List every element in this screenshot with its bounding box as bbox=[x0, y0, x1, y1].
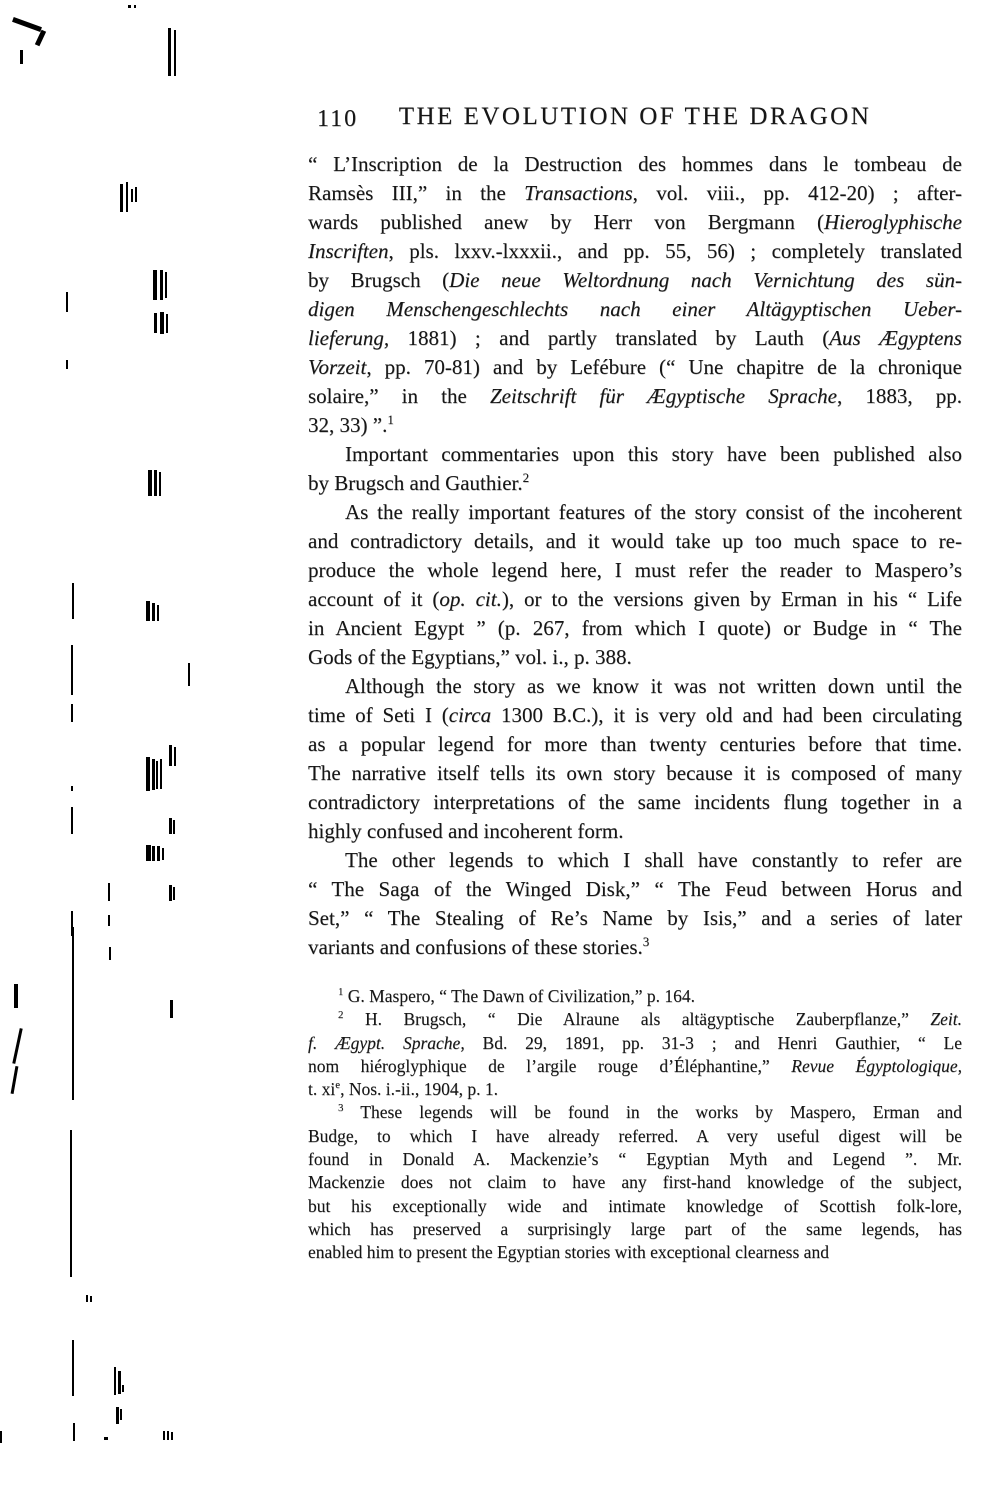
scan-noise-mark bbox=[71, 704, 73, 722]
text-segment: , Nos. i.-ii., 1904, p. 1. bbox=[340, 1079, 498, 1099]
scan-noise-mark bbox=[160, 312, 164, 334]
scan-noise-mark bbox=[72, 927, 74, 1005]
text-line: Inscriften, pls. lxxv.-lxxxii., and pp. … bbox=[308, 237, 962, 266]
text-line: 32, 33) ”.1 bbox=[308, 411, 962, 440]
scan-noise-mark bbox=[152, 603, 155, 621]
text-line: which has preserved a surprisingly large… bbox=[308, 1218, 962, 1241]
scan-noise-mark bbox=[126, 182, 128, 212]
text-line: produce the whole legend here, I must re… bbox=[308, 556, 962, 585]
text-line: nom hiéroglyphique de l’argile rouge d’É… bbox=[308, 1055, 962, 1078]
text-segment: enabled him to present the Egyptian stor… bbox=[308, 1242, 829, 1262]
scan-noise-mark bbox=[71, 807, 73, 834]
italic-segment: Inscriften bbox=[308, 239, 388, 263]
scan-noise-mark bbox=[160, 270, 163, 300]
scan-noise-mark bbox=[120, 184, 123, 212]
scanned-book-page: 110 THE EVOLUTION OF THE DRAGON “ L’Insc… bbox=[0, 0, 989, 1487]
scan-noise-mark bbox=[157, 846, 160, 861]
scan-noise-mark bbox=[72, 1005, 74, 1100]
text-segment: 32, 33) ”. bbox=[308, 413, 387, 437]
scan-noise-mark bbox=[0, 1431, 2, 1443]
scan-noise-mark bbox=[35, 30, 46, 47]
text-line: Important commentaries upon this story h… bbox=[308, 440, 962, 469]
scan-noise-mark bbox=[168, 28, 171, 76]
text-segment: found in Donald A. Mackenzie’s “ Egyptia… bbox=[308, 1149, 962, 1169]
text-segment: wards published anew by Herr von Bergman… bbox=[308, 210, 824, 234]
text-line: account of it (op. cit.), or to the vers… bbox=[308, 585, 962, 614]
text-segment: time of Seti I ( bbox=[308, 703, 449, 727]
scan-noise-mark bbox=[165, 272, 167, 298]
scan-noise-mark bbox=[108, 915, 110, 926]
scan-noise-mark bbox=[20, 50, 23, 64]
text-segment: t. xi bbox=[308, 1079, 335, 1099]
text-line: by Brugsch and Gauthier.2 bbox=[308, 469, 962, 498]
scan-noise-mark bbox=[90, 1296, 92, 1302]
paragraph: Although the story as we know it was not… bbox=[308, 672, 962, 846]
text-segment: nom hiéroglyphique de l’argile rouge d’É… bbox=[308, 1056, 791, 1076]
text-segment: These legends will be found in the works… bbox=[343, 1102, 962, 1122]
text-segment: as a popular legend for more than twenty… bbox=[308, 732, 962, 756]
text-line: f. Ægypt. Sprache, Bd. 29, 1891, pp. 31-… bbox=[308, 1032, 962, 1055]
scan-noise-mark bbox=[157, 605, 159, 621]
text-segment: Ramsès III,” in the bbox=[308, 181, 524, 205]
scan-noise-mark bbox=[11, 1066, 19, 1094]
text-segment: solaire,” in the bbox=[308, 384, 490, 408]
text-line: variants and confusions of these stories… bbox=[308, 933, 962, 962]
scan-noise-mark bbox=[70, 1130, 72, 1277]
text-segment: As the really important features of the … bbox=[345, 500, 962, 524]
text-line: 1 G. Maspero, “ The Dawn of Civilization… bbox=[308, 985, 962, 1008]
text-line: “ L’Inscription de la Destruction des ho… bbox=[308, 150, 962, 179]
italic-segment: Transactions bbox=[524, 181, 633, 205]
scan-noise-mark bbox=[146, 845, 151, 861]
text-line: found in Donald A. Mackenzie’s “ Egyptia… bbox=[308, 1148, 962, 1171]
text-line: enabled him to present the Egyptian stor… bbox=[308, 1241, 962, 1264]
text-line: wards published anew by Herr von Bergman… bbox=[308, 208, 962, 237]
scan-noise-mark bbox=[153, 270, 157, 300]
text-segment: H. Brugsch, “ Die Alraune als altägyptis… bbox=[343, 1009, 930, 1029]
text-segment: , vol. viii., pp. 412-20) ; after- bbox=[633, 181, 962, 205]
italic-segment: Revue Égyptologique, bbox=[791, 1056, 962, 1076]
text-segment: by Brugsch and Gauthier. bbox=[308, 471, 523, 495]
scan-noise-mark bbox=[114, 1367, 116, 1395]
scan-noise-mark bbox=[152, 846, 155, 861]
scan-noise-mark bbox=[146, 601, 150, 621]
scan-noise-mark bbox=[160, 759, 162, 789]
scan-noise-mark bbox=[73, 1423, 75, 1441]
text-line: “ The Saga of the Winged Disk,” “ The Fe… bbox=[308, 875, 962, 904]
scan-noise-mark bbox=[66, 360, 68, 369]
scan-noise-mark bbox=[156, 761, 158, 789]
paragraph: The other legends to which I shall have … bbox=[308, 846, 962, 962]
text-segment: “ The Saga of the Winged Disk,” “ The Fe… bbox=[308, 877, 962, 901]
scan-noise-mark bbox=[171, 1432, 173, 1440]
scan-noise-mark bbox=[135, 187, 137, 202]
text-segment: produce the whole legend here, I must re… bbox=[308, 558, 962, 582]
italic-segment: op. cit. bbox=[439, 587, 501, 611]
scan-noise-mark bbox=[120, 1409, 122, 1420]
scan-noise-mark bbox=[166, 314, 168, 333]
text-segment: highly confused and incoherent form. bbox=[308, 819, 624, 843]
text-line: Ramsès III,” in the Transactions, vol. v… bbox=[308, 179, 962, 208]
paragraph: Important commentaries upon this story h… bbox=[308, 440, 962, 498]
scan-noise-mark bbox=[169, 885, 172, 901]
italic-segment: lieferung, bbox=[308, 326, 389, 350]
scan-noise-mark bbox=[148, 470, 152, 496]
scan-noise-mark bbox=[174, 30, 176, 76]
text-segment: , pp. 70-81) and by Lefébure (“ Une chap… bbox=[366, 355, 962, 379]
italic-segment: f. Ægypt. Sprache, bbox=[308, 1033, 465, 1053]
italic-segment: Aus Ægyptens bbox=[829, 326, 962, 350]
scan-noise-mark bbox=[118, 1371, 121, 1394]
text-line: Gods of the Egyptians,” vol. i., p. 388. bbox=[308, 643, 962, 672]
scan-noise-mark bbox=[122, 1385, 124, 1392]
running-title: THE EVOLUTION OF THE DRAGON bbox=[308, 103, 962, 131]
text-line: t. xie, Nos. i.-ii., 1904, p. 1. bbox=[308, 1078, 962, 1101]
text-segment: Set,” “ The Stealing of Re’s Name by Isi… bbox=[308, 906, 962, 930]
paragraph: 2 H. Brugsch, “ Die Alraune als altägypt… bbox=[308, 1008, 962, 1101]
text-segment: account of it ( bbox=[308, 587, 439, 611]
text-segment: Important commentaries upon this story h… bbox=[345, 442, 962, 466]
italic-segment: Zeitschrift für Ægyptische Sprache bbox=[490, 384, 837, 408]
italic-segment: circa bbox=[449, 703, 491, 727]
scan-noise-mark bbox=[152, 759, 155, 790]
italic-segment: digen Menschengeschlechts nach einer Alt… bbox=[308, 297, 962, 321]
text-line: highly confused and incoherent form. bbox=[308, 817, 962, 846]
scan-noise-mark bbox=[86, 1295, 88, 1302]
italic-segment: Vorzeit bbox=[308, 355, 366, 379]
scan-noise-mark bbox=[134, 5, 136, 8]
scan-noise-mark bbox=[66, 292, 68, 312]
text-segment: G. Maspero, “ The Dawn of Civilization,”… bbox=[343, 986, 695, 1006]
text-segment: The other legends to which I shall have … bbox=[345, 848, 962, 872]
scan-noise-mark bbox=[169, 818, 172, 834]
scan-noise-mark bbox=[128, 5, 131, 8]
text-segment: and contradictory details, and it would … bbox=[308, 529, 962, 553]
scan-noise-mark bbox=[146, 757, 150, 791]
text-segment: 1300 B.C.), it is very old and had been … bbox=[491, 703, 962, 727]
text-segment: but his exceptionally wide and intimate … bbox=[308, 1196, 962, 1216]
text-line: lieferung, 1881) ; and partly translated… bbox=[308, 324, 962, 353]
text-segment: contradictory interpretations of the sam… bbox=[308, 790, 962, 814]
page-number: 110 bbox=[317, 106, 358, 133]
scan-noise-mark bbox=[169, 745, 172, 766]
scan-noise-mark bbox=[170, 1000, 173, 1018]
text-segment: Bd. 29, 1891, pp. 31-3 ; and Henri Gauth… bbox=[465, 1033, 962, 1053]
italic-segment: Zeit. bbox=[930, 1009, 962, 1029]
text-column: 110 THE EVOLUTION OF THE DRAGON “ L’Insc… bbox=[308, 103, 962, 139]
paragraph: 3 These legends will be found in the wor… bbox=[308, 1101, 962, 1264]
text-line: in Ancient Egypt ” (p. 267, from which I… bbox=[308, 614, 962, 643]
scan-noise-mark bbox=[72, 583, 74, 619]
scan-noise-mark bbox=[72, 1340, 74, 1396]
text-line: time of Seti I (circa 1300 B.C.), it is … bbox=[308, 701, 962, 730]
scan-noise-mark bbox=[109, 947, 111, 960]
scan-noise-mark bbox=[104, 1437, 108, 1440]
text-segment: , pls. lxxv.-lxxxii., and pp. 55, 56) ; … bbox=[388, 239, 962, 263]
scan-noise-mark bbox=[154, 313, 157, 333]
scan-noise-mark bbox=[12, 17, 42, 32]
scan-noise-mark bbox=[154, 470, 157, 496]
footnotes: 1 G. Maspero, “ The Dawn of Civilization… bbox=[308, 985, 962, 1265]
superscript-reference: 3 bbox=[643, 934, 650, 949]
scan-noise-mark bbox=[116, 1407, 119, 1424]
text-line: but his exceptionally wide and intimate … bbox=[308, 1195, 962, 1218]
scan-noise-mark bbox=[173, 820, 175, 834]
paragraph: As the really important features of the … bbox=[308, 498, 962, 672]
text-segment: Gods of the Egyptians,” vol. i., p. 388. bbox=[308, 645, 632, 669]
text-segment: ), or to the versions given by Erman in … bbox=[502, 587, 962, 611]
paragraph: “ L’Inscription de la Destruction des ho… bbox=[308, 150, 962, 440]
text-line: digen Menschengeschlechts nach einer Alt… bbox=[308, 295, 962, 324]
scan-noise-mark bbox=[12, 1028, 22, 1064]
text-line: as a popular legend for more than twenty… bbox=[308, 730, 962, 759]
text-line: The other legends to which I shall have … bbox=[308, 846, 962, 875]
text-line: Mackenzie does not claim to have any fir… bbox=[308, 1171, 962, 1194]
superscript-reference: 2 bbox=[523, 470, 530, 485]
superscript-reference: 1 bbox=[387, 412, 394, 427]
italic-segment: Die neue Weltordnung nach Vernichtung de… bbox=[449, 268, 962, 292]
scan-noise-mark bbox=[188, 663, 190, 686]
text-line: Although the story as we know it was not… bbox=[308, 672, 962, 701]
text-segment: 1881) ; and partly translated by Lauth ( bbox=[389, 326, 829, 350]
scan-noise-mark bbox=[71, 786, 73, 791]
text-line: As the really important features of the … bbox=[308, 498, 962, 527]
scan-noise-mark bbox=[162, 848, 164, 860]
text-line: and contradictory details, and it would … bbox=[308, 527, 962, 556]
text-segment: variants and confusions of these stories… bbox=[308, 935, 643, 959]
main-text: “ L’Inscription de la Destruction des ho… bbox=[308, 150, 962, 962]
scan-noise-mark bbox=[173, 887, 175, 900]
scan-noise-mark bbox=[159, 472, 161, 496]
page-header: 110 THE EVOLUTION OF THE DRAGON bbox=[308, 103, 962, 139]
text-segment: Although the story as we know it was not… bbox=[345, 674, 962, 698]
text-segment: which has preserved a surprisingly large… bbox=[308, 1219, 962, 1239]
text-segment: by Brugsch ( bbox=[308, 268, 449, 292]
text-segment: in Ancient Egypt ” (p. 267, from which I… bbox=[308, 616, 962, 640]
text-segment: Budge, to which I have already referred.… bbox=[308, 1126, 962, 1146]
text-segment: The narrative itself tells its own story… bbox=[308, 761, 962, 785]
scan-noise-mark bbox=[108, 883, 110, 901]
scan-noise-mark bbox=[167, 1431, 169, 1440]
text-line: by Brugsch (Die neue Weltordnung nach Ve… bbox=[308, 266, 962, 295]
scan-noise-mark bbox=[163, 1431, 165, 1440]
text-segment: Mackenzie does not claim to have any fir… bbox=[308, 1172, 962, 1192]
italic-segment: Hieroglyphische bbox=[824, 210, 962, 234]
text-line: contradictory interpretations of the sam… bbox=[308, 788, 962, 817]
text-segment: “ L’Inscription de la Destruction des ho… bbox=[308, 152, 962, 176]
text-line: 2 H. Brugsch, “ Die Alraune als altägypt… bbox=[308, 1008, 962, 1031]
scan-noise-mark bbox=[14, 984, 18, 1008]
text-line: 3 These legends will be found in the wor… bbox=[308, 1101, 962, 1124]
text-line: Budge, to which I have already referred.… bbox=[308, 1125, 962, 1148]
text-line: solaire,” in the Zeitschrift für Ægyptis… bbox=[308, 382, 962, 411]
text-line: Set,” “ The Stealing of Re’s Name by Isi… bbox=[308, 904, 962, 933]
paragraph: 1 G. Maspero, “ The Dawn of Civilization… bbox=[308, 985, 962, 1008]
text-line: Vorzeit, pp. 70-81) and by Lefébure (“ U… bbox=[308, 353, 962, 382]
scan-noise-mark bbox=[174, 747, 176, 766]
text-segment: , 1883, pp. bbox=[837, 384, 962, 408]
text-line: The narrative itself tells its own story… bbox=[308, 759, 962, 788]
scan-noise-mark bbox=[71, 645, 73, 695]
scan-noise-mark bbox=[131, 189, 133, 202]
